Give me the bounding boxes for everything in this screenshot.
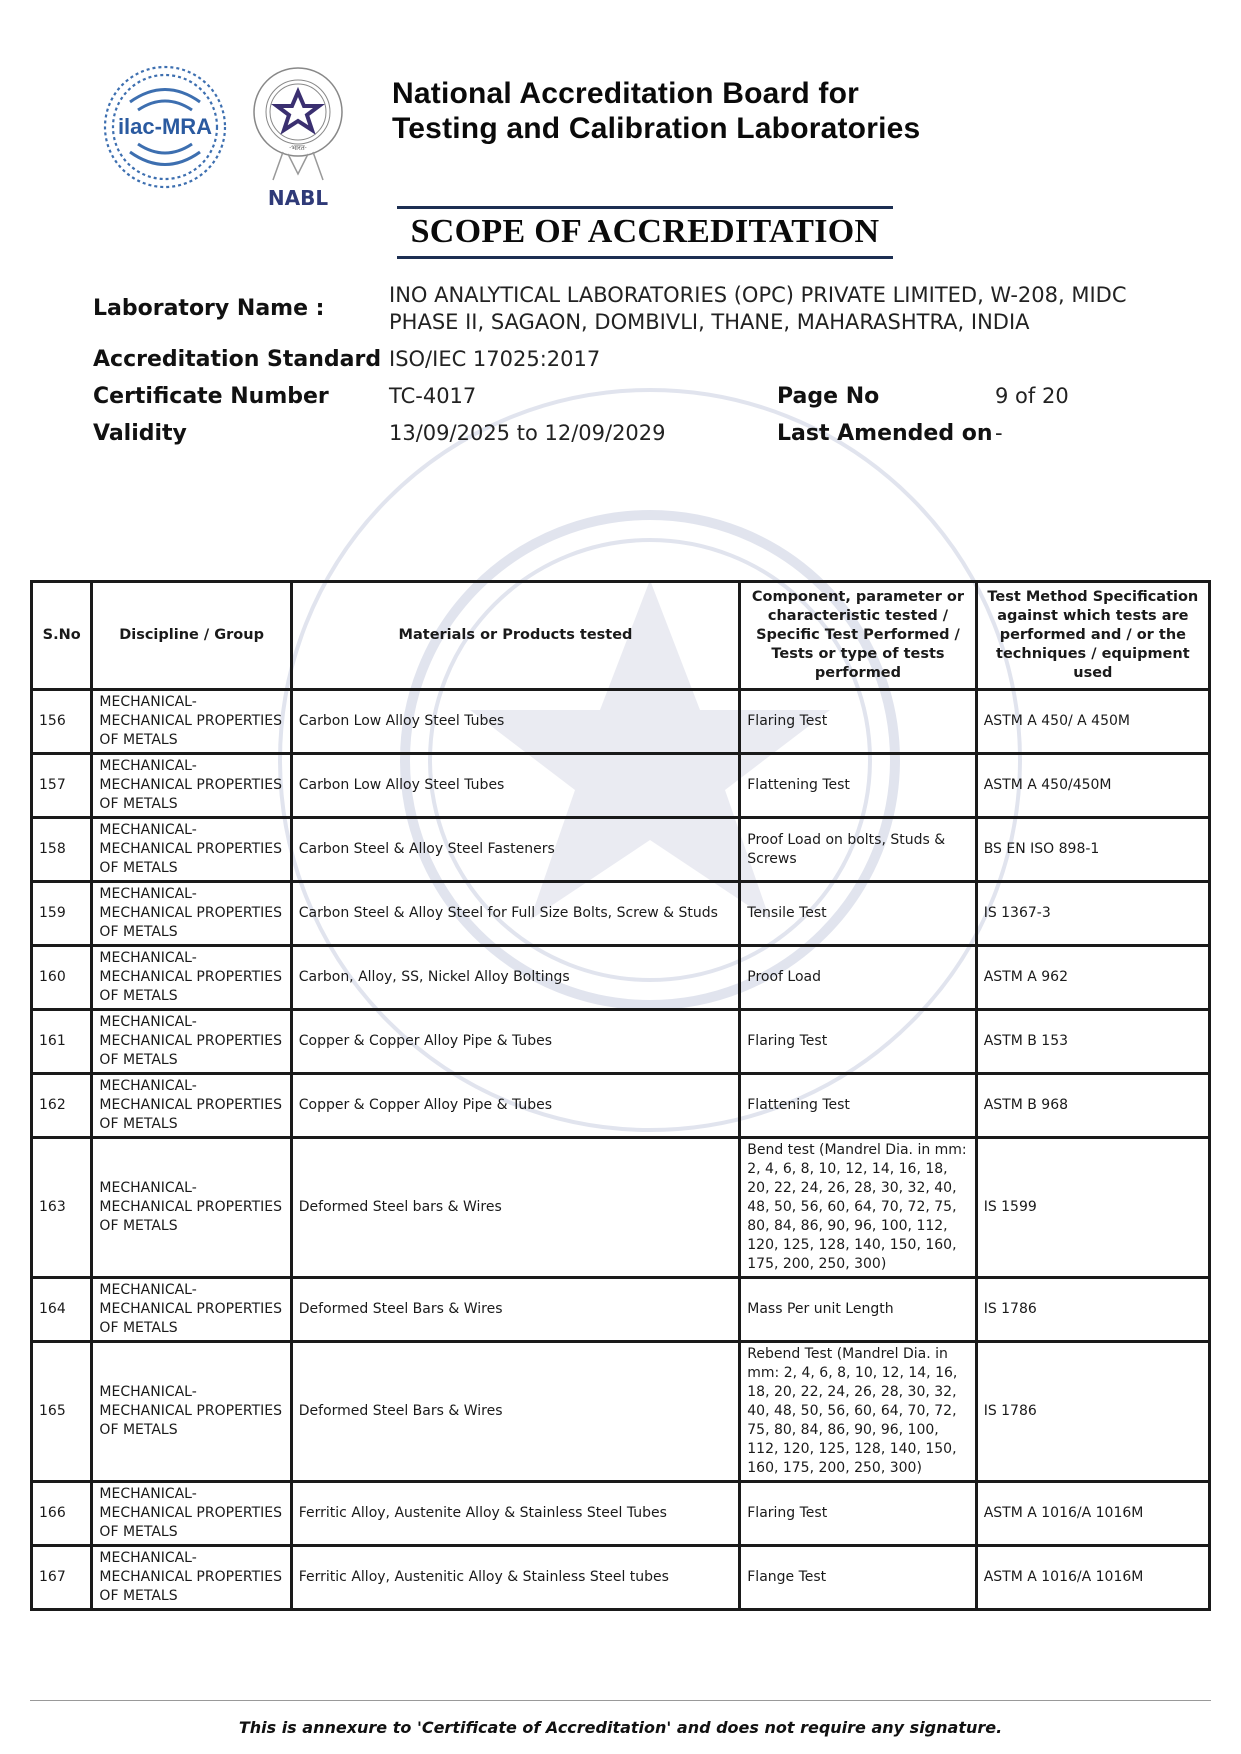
cell-sno: 163 <box>32 1138 92 1278</box>
cell-component: Flaring Test <box>740 690 976 754</box>
cell-sno: 166 <box>32 1482 92 1546</box>
cell-sno: 158 <box>32 818 92 882</box>
cell-sno: 165 <box>32 1342 92 1482</box>
cell-material: Carbon Low Alloy Steel Tubes <box>291 754 740 818</box>
cell-sno: 164 <box>32 1278 92 1342</box>
cell-method: ASTM A 1016/A 1016M <box>976 1546 1209 1610</box>
scope-rule-top <box>397 206 893 209</box>
cell-discipline: MECHANICAL- MECHANICAL PROPERTIES OF MET… <box>92 1482 291 1546</box>
cell-method: ASTM A 450/450M <box>976 754 1209 818</box>
page-no-value: 9 of 20 <box>995 384 1069 408</box>
cell-material: Carbon, Alloy, SS, Nickel Alloy Boltings <box>291 946 740 1010</box>
header-component: Component, parameter or characteristic t… <box>740 582 976 690</box>
table-row: 157MECHANICAL- MECHANICAL PROPERTIES OF … <box>32 754 1210 818</box>
cell-discipline: MECHANICAL- MECHANICAL PROPERTIES OF MET… <box>92 1074 291 1138</box>
cell-discipline: MECHANICAL- MECHANICAL PROPERTIES OF MET… <box>92 946 291 1010</box>
cell-material: Ferritic Alloy, Austenitic Alloy & Stain… <box>291 1546 740 1610</box>
cell-discipline: MECHANICAL- MECHANICAL PROPERTIES OF MET… <box>92 1278 291 1342</box>
cell-component: Flange Test <box>740 1546 976 1610</box>
page-no-label: Page No <box>777 384 879 409</box>
cell-material: Deformed Steel Bars & Wires <box>291 1342 740 1482</box>
last-amended-label: Last Amended on <box>777 421 993 446</box>
cell-material: Deformed Steel bars & Wires <box>291 1138 740 1278</box>
cell-material: Carbon Steel & Alloy Steel for Full Size… <box>291 882 740 946</box>
nabl-logo: ·भारत· NABL <box>248 62 348 212</box>
cell-discipline: MECHANICAL- MECHANICAL PROPERTIES OF MET… <box>92 754 291 818</box>
cell-discipline: MECHANICAL- MECHANICAL PROPERTIES OF MET… <box>92 818 291 882</box>
table-row: 166MECHANICAL- MECHANICAL PROPERTIES OF … <box>32 1482 1210 1546</box>
table-row: 156MECHANICAL- MECHANICAL PROPERTIES OF … <box>32 690 1210 754</box>
cell-discipline: MECHANICAL- MECHANICAL PROPERTIES OF MET… <box>92 690 291 754</box>
cell-discipline: MECHANICAL- MECHANICAL PROPERTIES OF MET… <box>92 1010 291 1074</box>
cell-sno: 162 <box>32 1074 92 1138</box>
scope-rule-bottom <box>397 256 893 259</box>
cell-method: ASTM B 968 <box>976 1074 1209 1138</box>
cell-component: Bend test (Mandrel Dia. in mm: 2, 4, 6, … <box>740 1138 976 1278</box>
lab-name-line1: INO ANALYTICAL LABORATORIES (OPC) PRIVAT… <box>389 283 1127 307</box>
validity-value: 13/09/2025 to 12/09/2029 <box>389 421 666 445</box>
header-method: Test Method Specification against which … <box>976 582 1209 690</box>
cell-discipline: MECHANICAL- MECHANICAL PROPERTIES OF MET… <box>92 1342 291 1482</box>
footer-divider <box>30 1700 1211 1701</box>
org-title: National Accreditation Board for Testing… <box>392 76 920 146</box>
ilac-mra-logo: ilac-MRA <box>100 62 230 192</box>
scope-title: SCOPE OF ACCREDITATION <box>397 212 893 252</box>
cell-component: Rebend Test (Mandrel Dia. in mm: 2, 4, 6… <box>740 1342 976 1482</box>
cell-discipline: MECHANICAL- MECHANICAL PROPERTIES OF MET… <box>92 1546 291 1610</box>
cell-method: ASTM A 1016/A 1016M <box>976 1482 1209 1546</box>
header-discipline: Discipline / Group <box>92 582 291 690</box>
org-title-line2: Testing and Calibration Laboratories <box>392 111 920 146</box>
table-row: 160MECHANICAL- MECHANICAL PROPERTIES OF … <box>32 946 1210 1010</box>
cell-material: Carbon Steel & Alloy Steel Fasteners <box>291 818 740 882</box>
cell-component: Tensile Test <box>740 882 976 946</box>
cell-material: Deformed Steel Bars & Wires <box>291 1278 740 1342</box>
cell-method: ASTM A 962 <box>976 946 1209 1010</box>
table-header-row: S.No Discipline / Group Materials or Pro… <box>32 582 1210 690</box>
cell-method: ASTM B 153 <box>976 1010 1209 1074</box>
cell-method: BS EN ISO 898-1 <box>976 818 1209 882</box>
table-row: 159MECHANICAL- MECHANICAL PROPERTIES OF … <box>32 882 1210 946</box>
header-materials: Materials or Products tested <box>291 582 740 690</box>
cell-sno: 160 <box>32 946 92 1010</box>
cell-component: Flaring Test <box>740 1482 976 1546</box>
cell-sno: 157 <box>32 754 92 818</box>
cell-material: Ferritic Alloy, Austenite Alloy & Stainl… <box>291 1482 740 1546</box>
org-title-line1: National Accreditation Board for <box>392 76 920 111</box>
table-body: 156MECHANICAL- MECHANICAL PROPERTIES OF … <box>32 690 1210 1610</box>
table-row: 161MECHANICAL- MECHANICAL PROPERTIES OF … <box>32 1010 1210 1074</box>
certificate-value: TC-4017 <box>389 384 476 408</box>
cell-component: Flattening Test <box>740 754 976 818</box>
cell-component: Mass Per unit Length <box>740 1278 976 1342</box>
cell-discipline: MECHANICAL- MECHANICAL PROPERTIES OF MET… <box>92 1138 291 1278</box>
standard-label: Accreditation Standard <box>93 347 381 372</box>
cell-component: Flattening Test <box>740 1074 976 1138</box>
cell-material: Copper & Copper Alloy Pipe & Tubes <box>291 1074 740 1138</box>
cell-method: ASTM A 450/ A 450M <box>976 690 1209 754</box>
cell-material: Carbon Low Alloy Steel Tubes <box>291 690 740 754</box>
lab-name-label: Laboratory Name : <box>93 296 324 321</box>
svg-text:ilac-MRA: ilac-MRA <box>118 114 212 139</box>
svg-text:NABL: NABL <box>268 186 328 210</box>
scope-table: S.No Discipline / Group Materials or Pro… <box>30 580 1211 1611</box>
cell-sno: 159 <box>32 882 92 946</box>
lab-name-line2: PHASE II, SAGAON, DOMBIVLI, THANE, MAHAR… <box>389 310 1030 334</box>
footer-note: This is annexure to 'Certificate of Accr… <box>0 1718 1241 1737</box>
standard-value: ISO/IEC 17025:2017 <box>389 347 600 371</box>
cell-material: Copper & Copper Alloy Pipe & Tubes <box>291 1010 740 1074</box>
cell-method: IS 1786 <box>976 1278 1209 1342</box>
table-row: 163MECHANICAL- MECHANICAL PROPERTIES OF … <box>32 1138 1210 1278</box>
cell-sno: 161 <box>32 1010 92 1074</box>
cell-method: IS 1599 <box>976 1138 1209 1278</box>
table-row: 164MECHANICAL- MECHANICAL PROPERTIES OF … <box>32 1278 1210 1342</box>
cell-method: IS 1786 <box>976 1342 1209 1482</box>
certificate-label: Certificate Number <box>93 384 329 409</box>
cell-component: Proof Load on bolts, Studs & Screws <box>740 818 976 882</box>
cell-sno: 167 <box>32 1546 92 1610</box>
table-row: 167MECHANICAL- MECHANICAL PROPERTIES OF … <box>32 1546 1210 1610</box>
table-row: 165MECHANICAL- MECHANICAL PROPERTIES OF … <box>32 1342 1210 1482</box>
header-sno: S.No <box>32 582 92 690</box>
cell-component: Proof Load <box>740 946 976 1010</box>
last-amended-value: - <box>995 421 1003 445</box>
cell-discipline: MECHANICAL- MECHANICAL PROPERTIES OF MET… <box>92 882 291 946</box>
svg-text:·भारत·: ·भारत· <box>289 144 307 152</box>
validity-label: Validity <box>93 421 187 446</box>
table-row: 162MECHANICAL- MECHANICAL PROPERTIES OF … <box>32 1074 1210 1138</box>
cell-sno: 156 <box>32 690 92 754</box>
table-row: 158MECHANICAL- MECHANICAL PROPERTIES OF … <box>32 818 1210 882</box>
cell-component: Flaring Test <box>740 1010 976 1074</box>
cell-method: IS 1367-3 <box>976 882 1209 946</box>
